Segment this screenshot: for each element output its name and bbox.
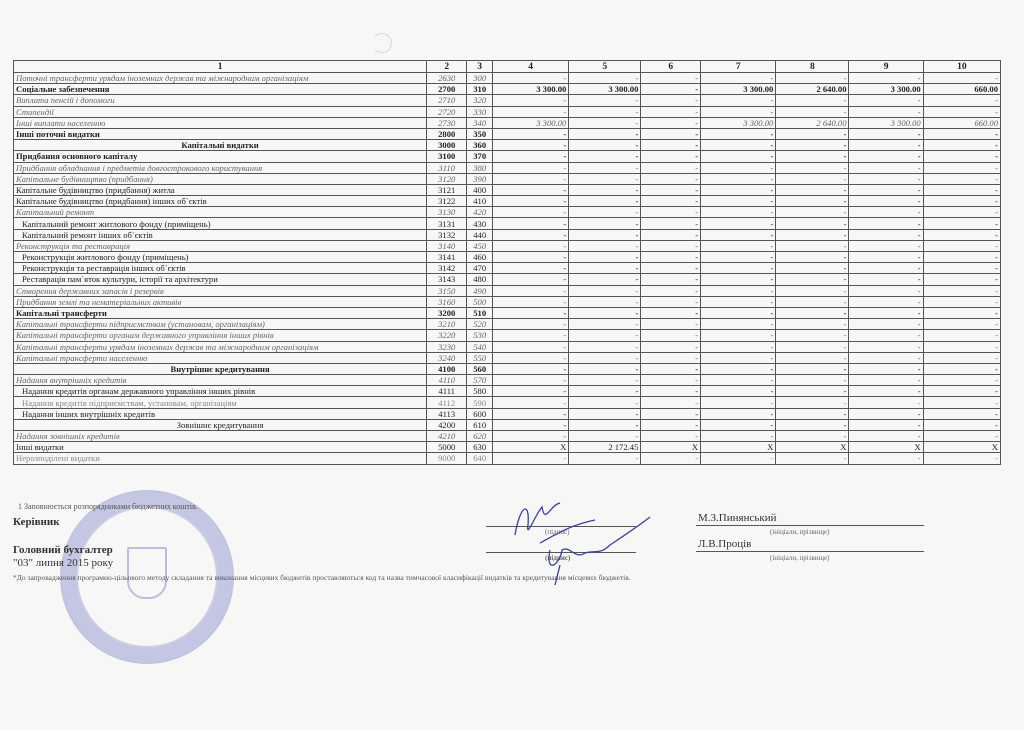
row-line-number: 590	[467, 397, 493, 408]
table-row: Капітальні трансферти підприємствам (уст…	[14, 319, 1001, 330]
row-value: -	[776, 408, 849, 419]
row-value: -	[569, 296, 641, 307]
row-value: -	[776, 419, 849, 430]
row-value: -	[701, 285, 776, 296]
row-value: -	[776, 184, 849, 195]
row-value: -	[849, 140, 923, 151]
row-label: Капітальні видатки	[14, 140, 427, 151]
row-value: -	[701, 95, 776, 106]
column-header: 4	[493, 61, 569, 73]
row-line-number: 500	[467, 296, 493, 307]
row-label: Надання кредитів підприємствам, установа…	[14, 397, 427, 408]
row-value: -	[641, 173, 701, 184]
row-value: -	[641, 453, 701, 464]
row-value: -	[923, 431, 1000, 442]
punch-hole	[372, 33, 392, 53]
row-value: -	[923, 330, 1000, 341]
row-value: -	[849, 173, 923, 184]
row-value: -	[776, 330, 849, 341]
row-label: Виплата пенсій і допомоги	[14, 95, 427, 106]
row-value: -	[923, 252, 1000, 263]
row-value: -	[701, 73, 776, 84]
row-value: -	[641, 375, 701, 386]
row-value: -	[849, 285, 923, 296]
row-value: -	[849, 252, 923, 263]
row-value: -	[849, 229, 923, 240]
table-row: Внутрішнє кредитування4100560-------	[14, 363, 1001, 374]
table-row: Капітальні трансферти органам державного…	[14, 330, 1001, 341]
handwritten-signature-icon	[500, 495, 660, 585]
row-value: -	[641, 341, 701, 352]
table-row: Капітальні трансферти урядам іноземних д…	[14, 341, 1001, 352]
row-value: -	[701, 453, 776, 464]
row-label: Нерозподілені видатки	[14, 453, 427, 464]
row-value: -	[569, 375, 641, 386]
row-value: -	[849, 375, 923, 386]
row-value: -	[923, 375, 1000, 386]
row-value: -	[493, 73, 569, 84]
table-row: Капітальний ремонт3130420-------	[14, 207, 1001, 218]
row-value: -	[641, 184, 701, 195]
row-label: Інші виплати населенню	[14, 117, 427, 128]
row-value: -	[641, 408, 701, 419]
row-line-number: 300	[467, 73, 493, 84]
row-code: 3230	[427, 341, 467, 352]
row-line-number: 350	[467, 128, 493, 139]
table-row: Реконструкція та реставрація3140450-----…	[14, 240, 1001, 251]
row-value: -	[849, 352, 923, 363]
row-value: -	[849, 386, 923, 397]
row-value: -	[493, 363, 569, 374]
table-row: Виплата пенсій і допомоги2710320-------	[14, 95, 1001, 106]
row-value: -	[776, 285, 849, 296]
row-line-number: 600	[467, 408, 493, 419]
row-label: Надання кредитів органам державного упра…	[14, 386, 427, 397]
row-value: -	[493, 408, 569, 419]
row-value: -	[569, 73, 641, 84]
row-value: -	[569, 207, 641, 218]
row-line-number: 430	[467, 218, 493, 229]
row-value: -	[701, 363, 776, 374]
accountant-label: Головний бухгалтер	[13, 544, 113, 556]
row-line-number: 530	[467, 330, 493, 341]
row-value: -	[493, 106, 569, 117]
row-value: -	[641, 95, 701, 106]
row-value: -	[776, 207, 849, 218]
row-line-number: 440	[467, 229, 493, 240]
row-value: -	[849, 408, 923, 419]
row-code: 5000	[427, 442, 467, 453]
row-code: 3160	[427, 296, 467, 307]
row-line-number: 510	[467, 307, 493, 318]
row-value: -	[776, 73, 849, 84]
row-label: Капітальні трансферти підприємствам (уст…	[14, 319, 427, 330]
row-value: -	[849, 95, 923, 106]
row-line-number: 370	[467, 151, 493, 162]
document-date: "03" липня 2015 року	[13, 557, 113, 569]
row-value: -	[641, 117, 701, 128]
row-line-number: 560	[467, 363, 493, 374]
row-value: -	[923, 263, 1000, 274]
row-value: -	[923, 73, 1000, 84]
row-value: -	[641, 84, 701, 95]
row-value: 2 640.00	[776, 117, 849, 128]
table-row: Надання кредитів підприємствам, установа…	[14, 397, 1001, 408]
row-value: -	[776, 162, 849, 173]
row-value: -	[493, 162, 569, 173]
row-line-number: 390	[467, 173, 493, 184]
row-value: -	[849, 431, 923, 442]
row-value: -	[849, 128, 923, 139]
row-value: -	[569, 162, 641, 173]
row-value: -	[923, 363, 1000, 374]
row-value: -	[569, 285, 641, 296]
row-code: 3210	[427, 319, 467, 330]
row-value: X	[923, 442, 1000, 453]
row-value: -	[923, 106, 1000, 117]
table-row: Інші видатки5000630X2 172.45XXXXX	[14, 442, 1001, 453]
row-value: -	[923, 196, 1000, 207]
director-label: Керівник	[13, 516, 60, 528]
row-value: -	[849, 296, 923, 307]
row-value: -	[641, 307, 701, 318]
row-line-number: 570	[467, 375, 493, 386]
row-value: -	[923, 218, 1000, 229]
row-value: -	[569, 196, 641, 207]
row-value: -	[641, 397, 701, 408]
table-row: Поточні трансферти урядам іноземних держ…	[14, 73, 1001, 84]
row-code: 3220	[427, 330, 467, 341]
column-header: 5	[569, 61, 641, 73]
row-label: Надання інших внутрішніх кредитів	[14, 408, 427, 419]
row-value: -	[923, 229, 1000, 240]
row-value: -	[849, 307, 923, 318]
row-value: -	[776, 229, 849, 240]
row-value: -	[641, 162, 701, 173]
row-value: -	[776, 151, 849, 162]
row-value: -	[641, 274, 701, 285]
row-value: -	[569, 184, 641, 195]
row-value: -	[493, 196, 569, 207]
row-value: -	[701, 196, 776, 207]
row-value: -	[493, 128, 569, 139]
table-row: Капітальні трансферти3200510-------	[14, 307, 1001, 318]
row-value: -	[701, 106, 776, 117]
row-value: -	[776, 106, 849, 117]
table-row: Капітальне будівництво (придбання) житла…	[14, 184, 1001, 195]
row-value: -	[641, 240, 701, 251]
row-value: -	[569, 240, 641, 251]
row-value: -	[849, 196, 923, 207]
row-line-number: 470	[467, 263, 493, 274]
row-value: -	[493, 173, 569, 184]
row-value: -	[701, 330, 776, 341]
row-value: -	[569, 341, 641, 352]
row-line-number: 340	[467, 117, 493, 128]
column-header: 3	[467, 61, 493, 73]
row-code: 3100	[427, 151, 467, 162]
row-value: 3 300.00	[849, 84, 923, 95]
row-code: 3132	[427, 229, 467, 240]
row-value: -	[569, 352, 641, 363]
row-code: 3120	[427, 173, 467, 184]
row-value: -	[493, 352, 569, 363]
row-value: -	[569, 274, 641, 285]
row-label: Інші поточні видатки	[14, 128, 427, 139]
row-value: -	[569, 397, 641, 408]
row-value: -	[701, 386, 776, 397]
row-line-number: 420	[467, 207, 493, 218]
row-value: -	[923, 162, 1000, 173]
row-value: 3 300.00	[493, 117, 569, 128]
row-value: X	[641, 442, 701, 453]
row-value: -	[776, 363, 849, 374]
row-value: -	[493, 341, 569, 352]
row-value: -	[776, 386, 849, 397]
row-value: -	[493, 419, 569, 430]
row-value: -	[923, 151, 1000, 162]
row-value: -	[776, 307, 849, 318]
row-value: -	[849, 162, 923, 173]
row-value: -	[701, 162, 776, 173]
row-value: -	[701, 151, 776, 162]
row-code: 4200	[427, 419, 467, 430]
row-label: Капітальне будівництво (придбання) житла	[14, 184, 427, 195]
row-line-number: 640	[467, 453, 493, 464]
table-row: Інші виплати населенню27303403 300.00--3…	[14, 117, 1001, 128]
row-value: -	[641, 330, 701, 341]
row-value: -	[849, 151, 923, 162]
row-line-number: 540	[467, 341, 493, 352]
row-line-number: 460	[467, 252, 493, 263]
row-line-number: 490	[467, 285, 493, 296]
row-value: -	[493, 330, 569, 341]
row-label: Реконструкція та реставрація	[14, 240, 427, 251]
row-line-number: 310	[467, 84, 493, 95]
table-row: Реконструкція та реставрація інших об`єк…	[14, 263, 1001, 274]
row-value: -	[493, 274, 569, 285]
row-code: 3142	[427, 263, 467, 274]
row-value: -	[493, 184, 569, 195]
column-header: 10	[923, 61, 1000, 73]
row-label: Реконструкція житлового фонду (приміщень…	[14, 252, 427, 263]
row-line-number: 450	[467, 240, 493, 251]
row-value: -	[923, 453, 1000, 464]
row-label: Придбання основного капіталу	[14, 151, 427, 162]
row-value: -	[849, 319, 923, 330]
row-code: 3131	[427, 218, 467, 229]
row-value: -	[776, 263, 849, 274]
row-value: -	[923, 274, 1000, 285]
row-value: -	[923, 352, 1000, 363]
row-label: Капітальні трансферти органам державного…	[14, 330, 427, 341]
row-value: -	[641, 252, 701, 263]
accountant-name-line	[696, 551, 924, 552]
row-value: -	[569, 252, 641, 263]
table-row: Капітальний ремонт житлового фонду (прим…	[14, 218, 1001, 229]
row-code: 2730	[427, 117, 467, 128]
row-code: 3150	[427, 285, 467, 296]
row-value: -	[569, 408, 641, 419]
row-value: -	[776, 128, 849, 139]
row-value: -	[776, 341, 849, 352]
row-value: -	[776, 319, 849, 330]
row-line-number: 630	[467, 442, 493, 453]
row-value: -	[923, 207, 1000, 218]
row-code: 2800	[427, 128, 467, 139]
row-value: -	[776, 252, 849, 263]
row-value: -	[701, 252, 776, 263]
table-row: Капітальні трансферти населенню3240550--…	[14, 352, 1001, 363]
footnote: *До запровадження програмно-цільового ме…	[13, 573, 631, 582]
row-value: -	[849, 184, 923, 195]
row-label: Реконструкція та реставрація інших об`єк…	[14, 263, 427, 274]
row-label: Капітальне будівництво (придбання)	[14, 173, 427, 184]
row-value: -	[569, 128, 641, 139]
row-code: 2630	[427, 73, 467, 84]
row-value: -	[923, 397, 1000, 408]
row-code: 3240	[427, 352, 467, 363]
row-value: -	[701, 319, 776, 330]
row-label: Стипендії	[14, 106, 427, 117]
row-value: -	[701, 229, 776, 240]
row-label: Соціальне забезпечення	[14, 84, 427, 95]
row-value: -	[569, 229, 641, 240]
row-value: -	[493, 252, 569, 263]
row-value: -	[641, 73, 701, 84]
row-value: -	[701, 375, 776, 386]
row-value: -	[701, 218, 776, 229]
row-value: -	[493, 307, 569, 318]
row-value: -	[569, 95, 641, 106]
row-value: -	[569, 140, 641, 151]
row-line-number: 410	[467, 196, 493, 207]
table-header-row: 12345678910	[14, 61, 1001, 73]
row-label: Капітальний ремонт інших об`єктів	[14, 229, 427, 240]
table-row: Реконструкція житлового фонду (приміщень…	[14, 252, 1001, 263]
row-value: -	[923, 140, 1000, 151]
row-value: -	[776, 296, 849, 307]
row-value: -	[641, 363, 701, 374]
row-label: Капітальні трансферти	[14, 307, 427, 318]
row-value: -	[701, 274, 776, 285]
row-value: -	[641, 263, 701, 274]
row-line-number: 520	[467, 319, 493, 330]
row-code: 3121	[427, 184, 467, 195]
director-name: М.З.Пинянський	[698, 512, 776, 524]
row-code: 3000	[427, 140, 467, 151]
row-code: 2720	[427, 106, 467, 117]
row-value: -	[849, 73, 923, 84]
row-line-number: 610	[467, 419, 493, 430]
expenditure-table: 12345678910Поточні трансферти урядам іно…	[13, 60, 1001, 465]
row-value: -	[701, 419, 776, 430]
row-value: -	[569, 419, 641, 430]
table-row: Зовнішнє кредитування4200610-------	[14, 419, 1001, 430]
row-value: -	[776, 453, 849, 464]
row-value: -	[641, 352, 701, 363]
row-line-number: 550	[467, 352, 493, 363]
row-value: -	[923, 240, 1000, 251]
row-label: Капітальний ремонт житлового фонду (прим…	[14, 218, 427, 229]
row-value: -	[776, 140, 849, 151]
row-label: Надання внутрішніх кредитів	[14, 375, 427, 386]
row-code: 4210	[427, 431, 467, 442]
table-row: Надання інших внутрішніх кредитів4113600…	[14, 408, 1001, 419]
row-value: -	[923, 341, 1000, 352]
row-line-number: 400	[467, 184, 493, 195]
row-value: -	[641, 218, 701, 229]
row-value: -	[493, 296, 569, 307]
row-value: -	[493, 218, 569, 229]
row-value: -	[493, 263, 569, 274]
row-value: -	[923, 95, 1000, 106]
row-value: -	[493, 397, 569, 408]
row-value: -	[493, 151, 569, 162]
row-label: Капітальні трансферти населенню	[14, 352, 427, 363]
row-value: -	[493, 240, 569, 251]
row-value: 660.00	[923, 84, 1000, 95]
row-label: Капітальний ремонт	[14, 207, 427, 218]
row-value: 3 300.00	[701, 117, 776, 128]
row-value: -	[776, 397, 849, 408]
column-header: 1	[14, 61, 427, 73]
table-row: Капітальні видатки3000360-------	[14, 140, 1001, 151]
table-row: Надання внутрішніх кредитів4110570------…	[14, 375, 1001, 386]
row-value: 2 172.45	[569, 442, 641, 453]
row-value: -	[923, 319, 1000, 330]
row-value: -	[701, 263, 776, 274]
row-value: -	[641, 140, 701, 151]
row-value: -	[923, 307, 1000, 318]
row-value: -	[569, 151, 641, 162]
row-line-number: 380	[467, 162, 493, 173]
row-code: 4112	[427, 397, 467, 408]
row-value: 2 640.00	[776, 84, 849, 95]
row-value: 660.00	[923, 117, 1000, 128]
row-value: -	[701, 140, 776, 151]
row-code: 2700	[427, 84, 467, 95]
table-row: Реставрація пам`яток культури, історії т…	[14, 274, 1001, 285]
row-value: -	[493, 386, 569, 397]
row-value: X	[776, 442, 849, 453]
row-value: -	[923, 419, 1000, 430]
row-line-number: 580	[467, 386, 493, 397]
row-value: -	[493, 229, 569, 240]
row-value: -	[493, 375, 569, 386]
row-value: -	[923, 285, 1000, 296]
row-label: Зовнішнє кредитування	[14, 419, 427, 430]
table-note: 1 Заповнюється розпорядниками бюджетних …	[18, 502, 198, 511]
row-value: -	[641, 431, 701, 442]
row-value: -	[569, 363, 641, 374]
table-row: Придбання землі та нематеріальних активі…	[14, 296, 1001, 307]
row-value: -	[569, 106, 641, 117]
row-value: -	[569, 218, 641, 229]
row-value: -	[849, 397, 923, 408]
row-value: X	[701, 442, 776, 453]
row-label: Внутрішнє кредитування	[14, 363, 427, 374]
row-label: Створення державних запасів і резервів	[14, 285, 427, 296]
row-value: -	[701, 173, 776, 184]
row-value: -	[641, 386, 701, 397]
table-row: Надання зовнішніх кредитів4210620-------	[14, 431, 1001, 442]
row-line-number: 480	[467, 274, 493, 285]
row-value: -	[569, 330, 641, 341]
table-row: Капітальне будівництво (придбання)312039…	[14, 173, 1001, 184]
row-value: -	[493, 319, 569, 330]
row-value: -	[569, 453, 641, 464]
